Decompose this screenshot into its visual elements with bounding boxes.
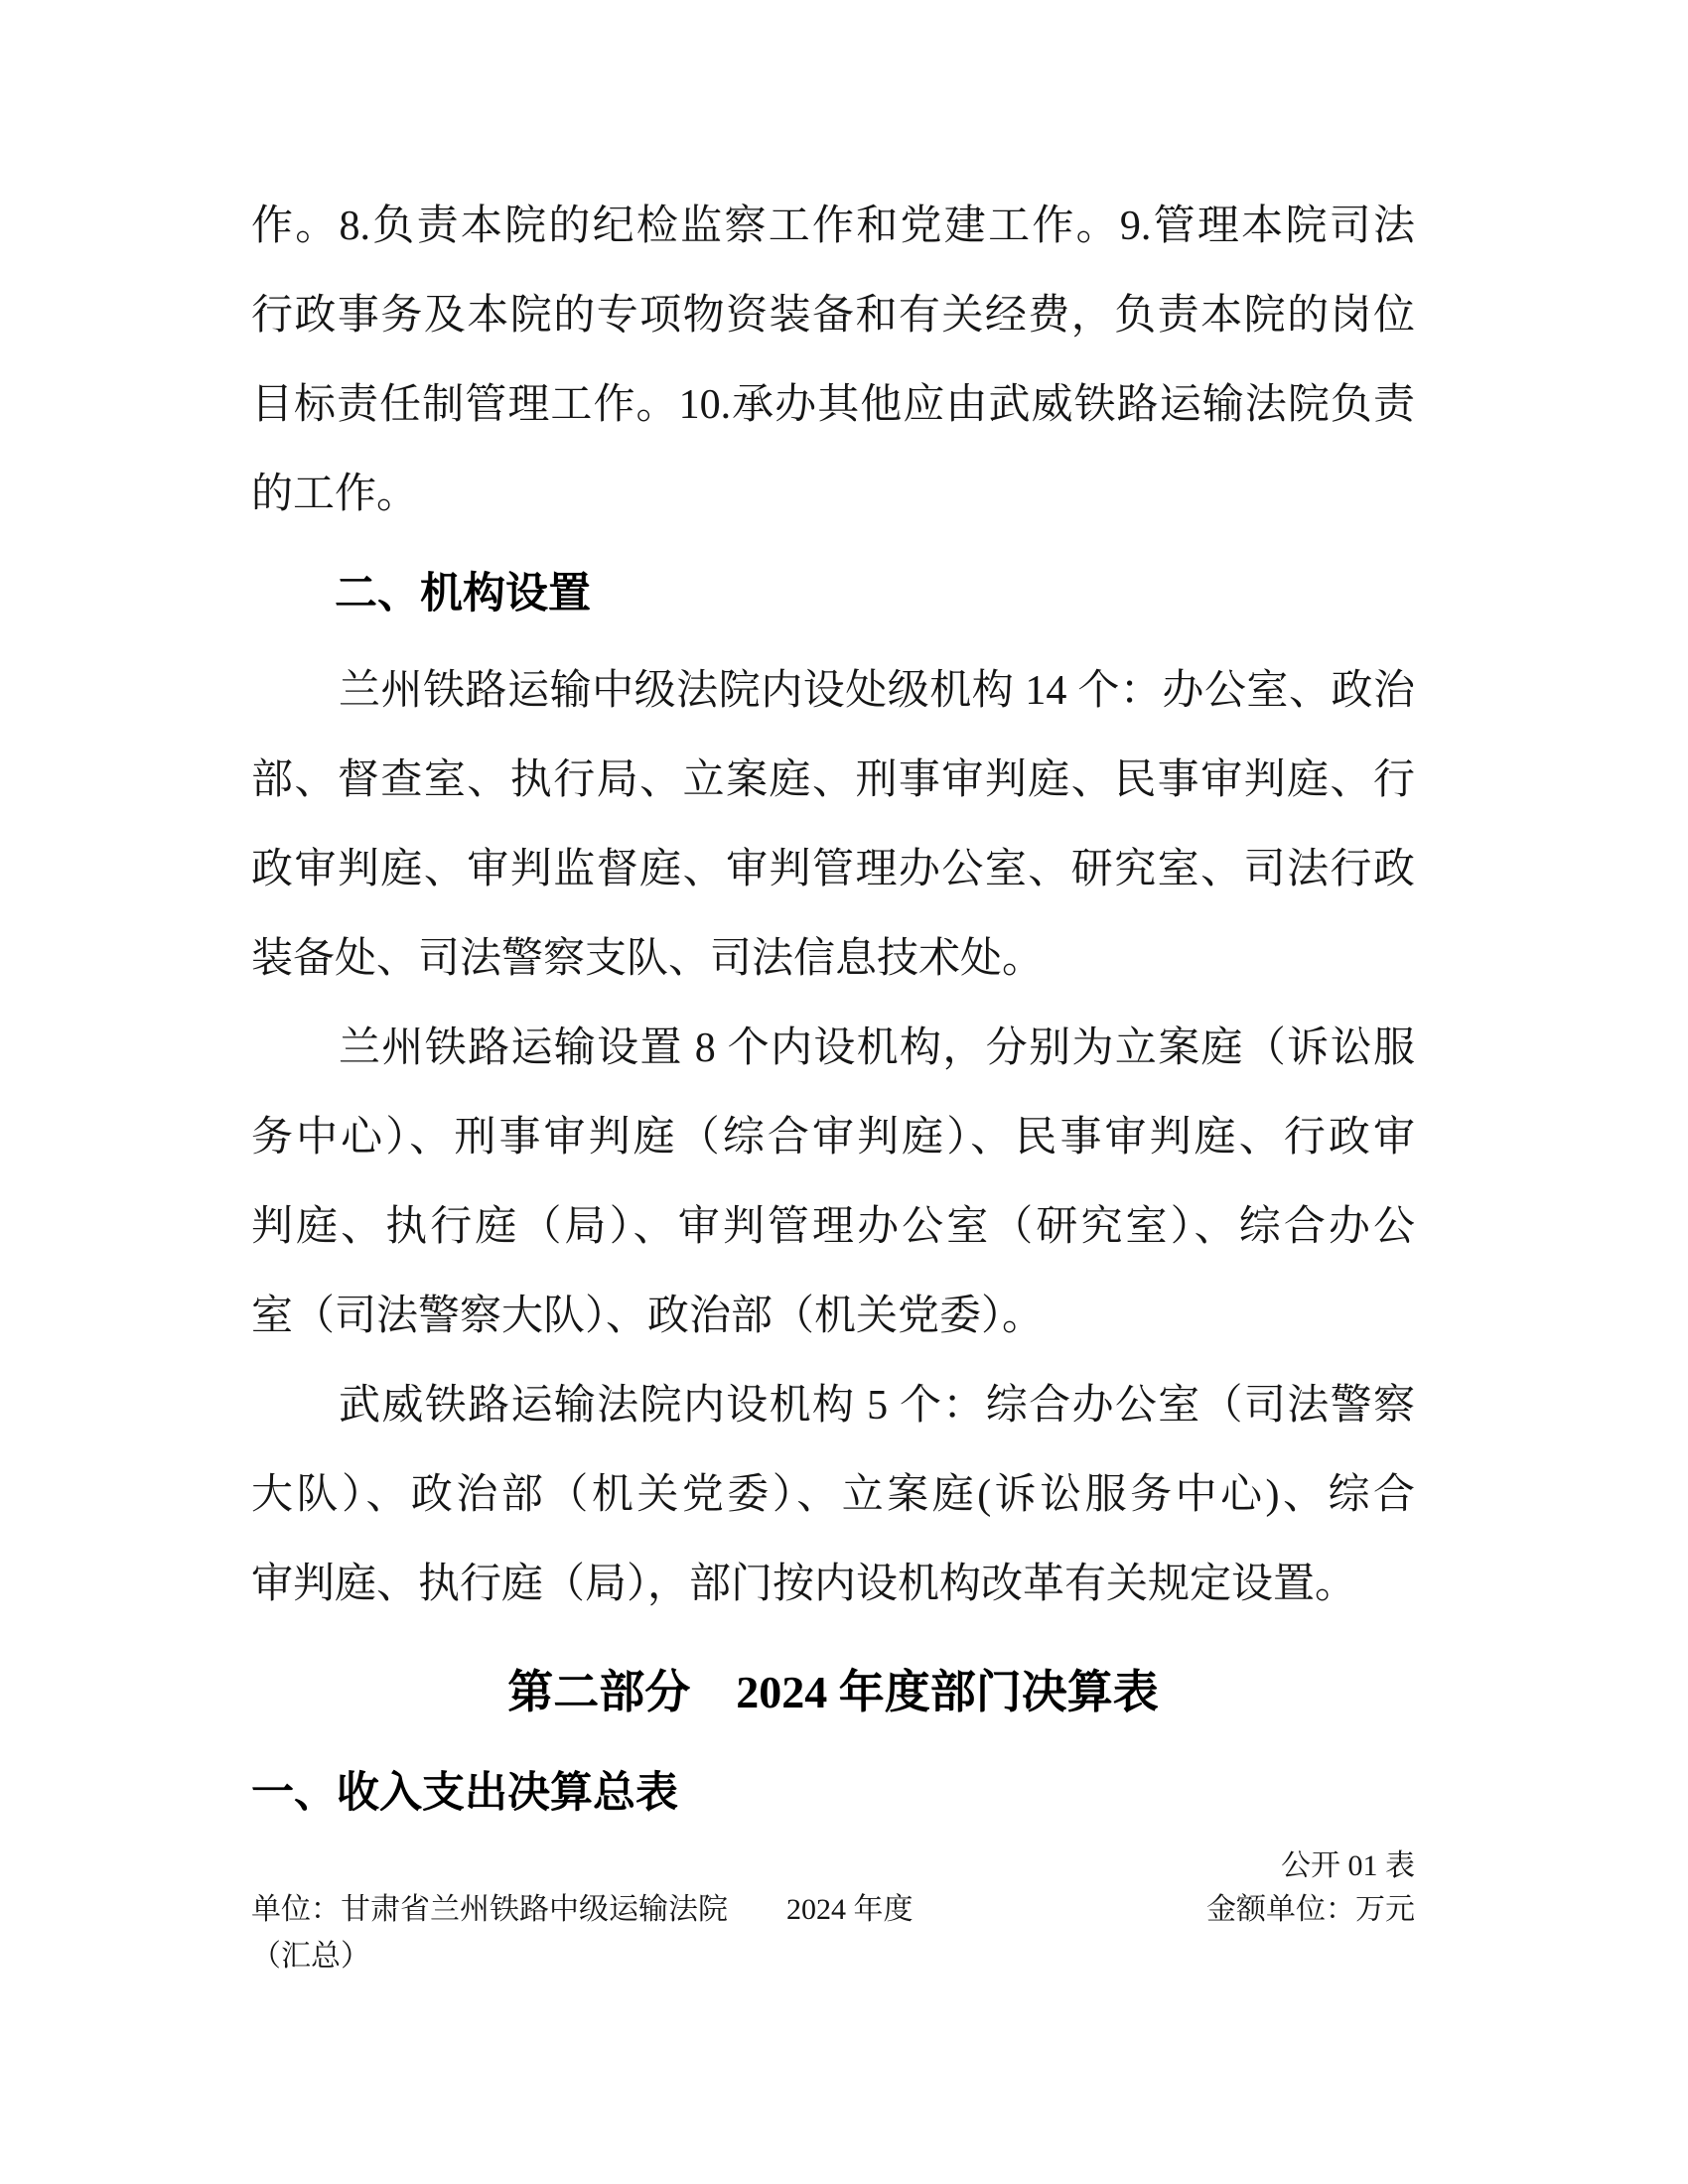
table-meta: 公开 01 表 单位：甘肃省兰州铁路中级运输法院（汇总） 2024 年度 金额单… [251, 1846, 1415, 1979]
body-line: 政审判庭、审判监督庭、审判管理办公室、研究室、司法行政 [251, 825, 1415, 914]
body-line: 武威铁路运输法院内设机构 5 个：综合办公室（司法警察 [251, 1361, 1415, 1450]
body-line: 室（司法警察大队）、政治部（机关党委）。 [251, 1272, 1415, 1361]
body-line: 部、督查室、执行局、立案庭、刑事审判庭、民事审判庭、行 [251, 736, 1415, 825]
paragraph-intermediate-court-orgs: 兰州铁路运输中级法院内设处级机构 14 个：办公室、政治 部、督查室、执行局、立… [251, 646, 1415, 1004]
body-line: 大队）、政治部（机关党委）、立案庭(诉讼服务中心)、综合 [251, 1450, 1415, 1540]
body-line: 审判庭、执行庭（局），部门按内设机构改革有关规定设置。 [251, 1540, 1415, 1629]
paragraph-duties: 作。8.负责本院的纪检监察工作和党建工作。9.管理本院司法 行政事务及本院的专项… [251, 182, 1415, 539]
org-setup-heading: 二、机构设置 [335, 549, 1415, 638]
document-page: 作。8.负责本院的纪检监察工作和党建工作。9.管理本院司法 行政事务及本院的专项… [0, 0, 1688, 2184]
body-line: 作。8.负责本院的纪检监察工作和党建工作。9.管理本院司法 [251, 182, 1415, 271]
section1-title: 一、收入支出决算总表 [251, 1748, 1415, 1838]
paragraph-wuwei-court-orgs: 武威铁路运输法院内设机构 5 个：综合办公室（司法警察 大队）、政治部（机关党委… [251, 1361, 1415, 1629]
sheet-number-label: 公开 01 表 [251, 1846, 1415, 1886]
body-line: 判庭、执行庭（局）、审判管理办公室（研究室）、综合办公 [251, 1182, 1415, 1272]
part2-title: 第二部分 2024 年度部门决算表 [251, 1643, 1415, 1742]
body-line: 务中心）、刑事审判庭（综合审判庭）、民事审判庭、行政审 [251, 1093, 1415, 1182]
body-line: 的工作。 [251, 450, 1415, 539]
document-body: 作。8.负责本院的纪检监察工作和党建工作。9.管理本院司法 行政事务及本院的专项… [251, 182, 1415, 1979]
amount-unit-label: 金额单位：万元 [914, 1886, 1416, 1933]
table-meta-row: 单位：甘肃省兰州铁路中级运输法院（汇总） 2024 年度 金额单位：万元 [251, 1886, 1415, 1979]
body-line: 装备处、司法警察支队、司法信息技术处。 [251, 914, 1415, 1004]
body-line: 目标责任制管理工作。10.承办其他应由武威铁路运输法院负责 [251, 360, 1415, 450]
unit-label: 单位：甘肃省兰州铁路中级运输法院（汇总） [251, 1886, 786, 1979]
body-line: 兰州铁路运输中级法院内设处级机构 14 个：办公室、政治 [251, 646, 1415, 736]
body-line: 行政事务及本院的专项物资装备和有关经费，负责本院的岗位 [251, 271, 1415, 360]
paragraph-lanzhou-court-orgs: 兰州铁路运输设置 8 个内设机构，分别为立案庭（诉讼服 务中心）、刑事审判庭（综… [251, 1004, 1415, 1361]
year-label: 2024 年度 [786, 1886, 914, 1933]
body-line: 兰州铁路运输设置 8 个内设机构，分别为立案庭（诉讼服 [251, 1004, 1415, 1093]
